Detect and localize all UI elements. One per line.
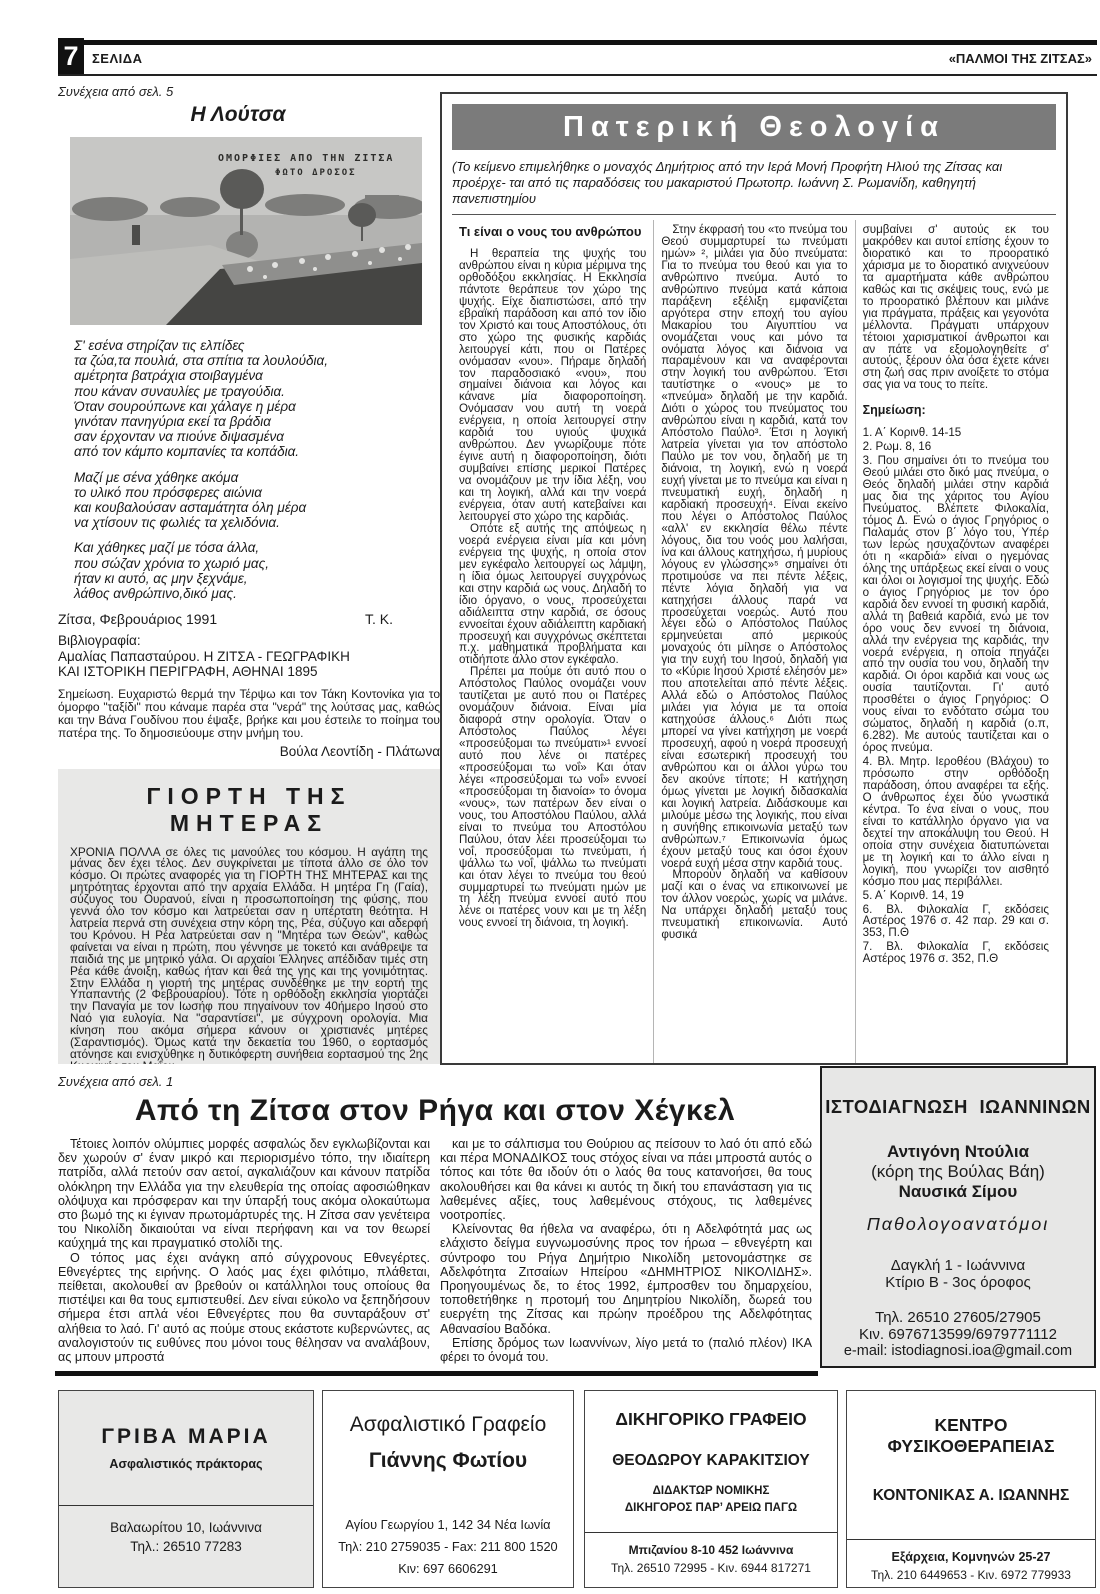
poem-stanza-2: Μαζί με σένα χάθηκε ακόμα το υλικό που π… bbox=[74, 470, 440, 531]
divider bbox=[847, 1539, 1095, 1540]
mothers-day-body: ΧΡΟΝΙΑ ΠΟΛΛΑ σε όλες τις μανούλες του κό… bbox=[70, 847, 428, 1064]
poem-date: Ζίτσα, Φεβρουάριος 1991 bbox=[58, 611, 217, 627]
address: Εξάρχεια, Κομνηνών 25-27 bbox=[847, 1550, 1095, 1564]
specialty: Παθολογοανατόμοι bbox=[822, 1214, 1094, 1235]
theology-column-3: συμβαίνει σ' αυτούς εκ του μακρόθεν και … bbox=[855, 220, 1056, 1065]
footnote-4: 4. Βλ. Μητρ. Ιεροθέου (Βλάχου) το πρόσωπ… bbox=[863, 756, 1049, 887]
mothers-day-panel: ΓΙΟΡΤΗ ΤΗΣ ΜΗΤΕΡΑΣ ΧΡΟΝΙΑ ΠΟΛΛΑ σε όλες … bbox=[58, 769, 440, 1064]
theology-paragraph: συμβαίνει σ' αυτούς εκ του μακρόθεν και … bbox=[863, 224, 1049, 391]
zitsa-rigas-title: Από τη Ζίτσα στον Ρήγα και στον Χέγκελ bbox=[58, 1094, 812, 1128]
zitsa-paragraph: Κλείνοντας θα ήθελα να αναφέρω, ότι η Αδ… bbox=[440, 1222, 812, 1336]
footnote-1: 1. Α΄ Κορινθ. 14-15 bbox=[863, 427, 1049, 439]
phone: Τηλ. 26510 72995 - Κιν. 6944 817271 bbox=[585, 1561, 837, 1575]
loutsa-article: Συνέχεια από σελ. 5 Η Λούτσα bbox=[58, 84, 440, 1064]
zitsa-rigas-article: Συνέχεια από σελ. 1 Από τη Ζίτσα στον Ρή… bbox=[58, 1074, 812, 1366]
bibliography: Βιβλιογραφία: Αμαλίας Παπασταύρου. Η ΖΙΤ… bbox=[58, 633, 440, 680]
zitsa-rigas-columns: Τέτοιες λοιπόν ολύμπιες μορφές ασφαλώς δ… bbox=[58, 1137, 812, 1364]
bibliography-line1: Αμαλίας Παπασταύρου. Η ΖΙΤΣΑ - ΓΕΩΓΡΑΦΙΚ… bbox=[58, 649, 440, 665]
continuation-note: Συνέχεια από σελ. 5 bbox=[58, 84, 440, 99]
ad-griva-maria: ΓΡΙΒΑ ΜΑΡΙΑ Ασφαλιστικός πράκτορας Βαλαω… bbox=[58, 1390, 314, 1588]
divider bbox=[59, 1505, 313, 1506]
doctor-name-1: Αντιγόνη Ντούλια bbox=[822, 1142, 1094, 1162]
footnote-7: 7. Βλ. Φιλοκαλία Γ, εκδόσεις Αστέρος 197… bbox=[863, 941, 1049, 965]
ad-title-line1: ΚΕΝΤΡΟ bbox=[847, 1415, 1095, 1436]
address-line-1: Δαγκλή 1 - Ιωάννινα bbox=[822, 1257, 1094, 1274]
ad-title: ΓΡΙΒΑ ΜΑΡΙΑ bbox=[59, 1425, 313, 1449]
ad-fotiou: Ασφαλιστικό Γραφείο Γιάννης Φωτίου Αγίου… bbox=[322, 1390, 574, 1588]
ad-credential-2: ΔΙΚΗΓΟΡΟΣ ΠΑΡ’ ΑΡΕΙΩ ΠΑΓΩ bbox=[585, 1502, 837, 1514]
photo-caption-line2: ΦΩΤΟ ΔΡΟΣΟΣ bbox=[275, 168, 357, 178]
doctor-name-1-note: (κόρη της Βούλας Βάη) bbox=[822, 1162, 1094, 1182]
zitsa-paragraph: Ο τόπος μας έχει ανάγκη από σύγχρονους Ε… bbox=[58, 1251, 430, 1365]
ad-karakitsiou: ΔΙΚΗΓΟΡΙΚΟ ΓΡΑΦΕΙΟ ΘΕΟΔΩΡΟΥ ΚΑΡΑΚΙΤΣΙΟΥ … bbox=[584, 1390, 838, 1588]
theology-column-1: Τι είναι ο νους του ανθρώπου Η θεραπεία … bbox=[452, 220, 653, 1065]
theology-paragraph: Η θεραπεία της ψυχής του ανθρώπου είναι … bbox=[459, 248, 646, 523]
mobile: Κιν: 697 6606291 bbox=[323, 1561, 573, 1576]
ad-title: ΔΙΚΗΓΟΡΙΚΟ ΓΡΑΦΕΙΟ bbox=[585, 1409, 837, 1430]
bottom-rule bbox=[55, 1371, 818, 1376]
doctor-name-2: Ναυσικά Σίμου bbox=[822, 1182, 1094, 1202]
theology-article: Πατερική Θεολογία (Το κείμενο επιμελήθηκ… bbox=[440, 92, 1068, 1065]
photo-figure bbox=[132, 225, 140, 245]
phone: Τηλ. 26510 27605/27905 bbox=[822, 1309, 1094, 1326]
footnote-3: 3. Που σημαίνει ότι το πνεύμα του Θεού μ… bbox=[863, 455, 1049, 754]
theology-title-banner: Πατερική Θεολογία bbox=[452, 104, 1056, 150]
theology-column-2: Στην έκφρασή του «το πνεύμα του Θεού συμ… bbox=[653, 220, 854, 1065]
bibliography-label: Βιβλιογραφία: bbox=[58, 633, 440, 649]
photo-caption-line1: ΟΜΟΡΦΙΕΣ ΑΠΟ ΤΗΝ ΖΙΤΣΑ bbox=[218, 153, 394, 164]
phone: Τηλ.: 26510 77283 bbox=[59, 1539, 313, 1554]
ad-istodiagnosi: ΙΣΤΟΔΙΑΓΝΩΣΗ ΙΩΑΝΝΙΝΩΝ Αντιγόνη Ντούλια … bbox=[820, 1066, 1096, 1368]
bibliography-line2: ΚΑΙ ΙΣΤΟΡΙΚΗ ΠΕΡΙΓΡΑΦΗ, ΑΘΗΝΑΙ 1895 bbox=[58, 664, 440, 680]
theology-subheading: Τι είναι ο νους του ανθρώπου bbox=[459, 224, 646, 239]
continuation-note: Συνέχεια από σελ. 1 bbox=[58, 1074, 812, 1089]
ad-kontonikas: ΚΕΝΤΡΟ ΦΥΣΙΚΟΘΕΡΑΠΕΙΑΣ ΚΟΝΤΟΝΙΚΑΣ Α. ΙΩΑ… bbox=[846, 1390, 1096, 1588]
ad-title: Ασφαλιστικό Γραφείο bbox=[323, 1413, 573, 1437]
ad-name: ΘΕΟΔΩΡΟΥ ΚΑΡΑΚΙΤΣΙΟΥ bbox=[585, 1452, 837, 1470]
address: Αγίου Γεωργίου 1, 142 34 Νέα Ιωνία bbox=[323, 1517, 573, 1532]
header-top-rule bbox=[58, 40, 1097, 45]
divider bbox=[452, 214, 1056, 215]
theology-paragraph: Στην έκφρασή του «το πνεύμα του Θεού συμ… bbox=[661, 224, 847, 869]
poem-stanza-3: Και χάθηκες μαζί με τόσα άλλα, που σώζαν… bbox=[74, 540, 440, 601]
ad-subtitle: Ασφαλιστικός πράκτορας bbox=[59, 1457, 313, 1471]
header-bottom-rule bbox=[58, 74, 1097, 76]
address: Μπιζανίου 8-10 452 Ιωάννινα bbox=[585, 1543, 837, 1557]
ad-name: Γιάννης Φωτίου bbox=[323, 1449, 573, 1473]
poem-stanza-1: Σ' εσένα στηρίζαν τις ελπίδες τα ζώα,τα … bbox=[74, 338, 440, 460]
ad-istodiagnosi-title: ΙΣΤΟΔΙΑΓΝΩΣΗ ΙΩΑΝΝΙΝΩΝ bbox=[822, 1096, 1094, 1118]
newspaper-page: 7 ΣΕΛΙΔΑ «ΠΑΛΜΟΙ ΤΗΣ ΖΙΤΣΑΣ» Συνέχεια απ… bbox=[0, 0, 1100, 1594]
phone: Τηλ: 210 2759035 - Fax: 211 800 1520 bbox=[323, 1539, 573, 1554]
zitsa-paragraph: Τέτοιες λοιπόν ολύμπιες μορφές ασφαλώς δ… bbox=[58, 1137, 430, 1251]
theology-paragraph: Μπορούν δηλαδή να καθίσουν μαζί και ο έν… bbox=[661, 869, 847, 941]
poem-initials: Τ. Κ. bbox=[365, 611, 393, 627]
masthead: «ΠΑΛΜΟΙ ΤΗΣ ΖΙΤΣΑΣ» bbox=[792, 51, 1092, 66]
footnote-2: 2. Ρωμ. 8, 16 bbox=[863, 441, 1049, 453]
theology-intro: (Το κείμενο επιμελήθηκε ο μοναχός Δημήτρ… bbox=[452, 159, 1056, 207]
page-number: 7 bbox=[58, 38, 84, 75]
theology-paragraph: Οπότε εξ αυτής της απόψεως η νοερά ενέργ… bbox=[459, 523, 646, 666]
phone: Τηλ. 210 6449653 - Κιν. 6972 779933 bbox=[847, 1568, 1095, 1582]
ad-title-line2: ΦΥΣΙΚΟΘΕΡΑΠΕΙΑΣ bbox=[847, 1436, 1095, 1457]
theology-paragraph: Πρέπει μα πούμε ότι αυτό που ο Απόστολος… bbox=[459, 666, 646, 929]
mothers-day-title: ΓΙΟΡΤΗ ΤΗΣ ΜΗΤΕΡΑΣ bbox=[70, 783, 428, 837]
address: Βαλαωρίτου 10, Ιωάννινα bbox=[59, 1520, 313, 1535]
editor-note: Σημείωση. Ευχαριστώ θερμά την Τέρψω και … bbox=[58, 688, 440, 741]
notes-heading: Σημείωση: bbox=[863, 403, 1049, 417]
email: e-mail: istodiagnosi.ioa@gmail.com bbox=[822, 1343, 1094, 1359]
article-title-loutsa: Η Λούτσα bbox=[58, 103, 418, 127]
address-line-2: Κτίριο Β - 3ος όροφος bbox=[822, 1274, 1094, 1291]
zitsa-column-2: και με το σάλπισμα του Θούριου ας πείσου… bbox=[440, 1137, 812, 1364]
zitsa-paragraph: Επίσης δρόμος των Ιωαννίνων, λίγο μετά τ… bbox=[440, 1336, 812, 1364]
signature: Βούλα Λεοντίδη - Πλάτωνα bbox=[58, 744, 440, 759]
ad-name: ΚΟΝΤΟΝΙΚΑΣ Α. ΙΩΑΝΝΗΣ bbox=[847, 1487, 1095, 1505]
poem-dateline: Ζίτσα, Φεβρουάριος 1991 Τ. Κ. bbox=[58, 611, 393, 627]
zitsa-paragraph: και με το σάλπισμα του Θούριου ας πείσου… bbox=[440, 1137, 812, 1222]
theology-columns: Τι είναι ο νους του ανθρώπου Η θεραπεία … bbox=[452, 220, 1056, 1065]
ad-credential-1: ΔΙΔΑΚΤΩΡ ΝΟΜΙΚΗΣ bbox=[585, 1485, 837, 1497]
footnote-5: 5. Α΄ Κορινθ. 14, 19 bbox=[863, 890, 1049, 902]
loutsa-photo: ΟΜΟΡΦΙΕΣ ΑΠΟ ΤΗΝ ΖΙΤΣΑ ΦΩΤΟ ΔΡΟΣΟΣ bbox=[70, 137, 422, 325]
page-label: ΣΕΛΙΔΑ bbox=[92, 51, 143, 66]
divider bbox=[585, 1532, 837, 1533]
zitsa-column-1: Τέτοιες λοιπόν ολύμπιες μορφές ασφαλώς δ… bbox=[58, 1137, 430, 1364]
footnote-6: 6. Βλ. Φιλοκαλία Γ, εκδόσεις Αστέρος 197… bbox=[863, 904, 1049, 940]
mobile: Κιν. 6976713599/6979771112 bbox=[822, 1326, 1094, 1343]
